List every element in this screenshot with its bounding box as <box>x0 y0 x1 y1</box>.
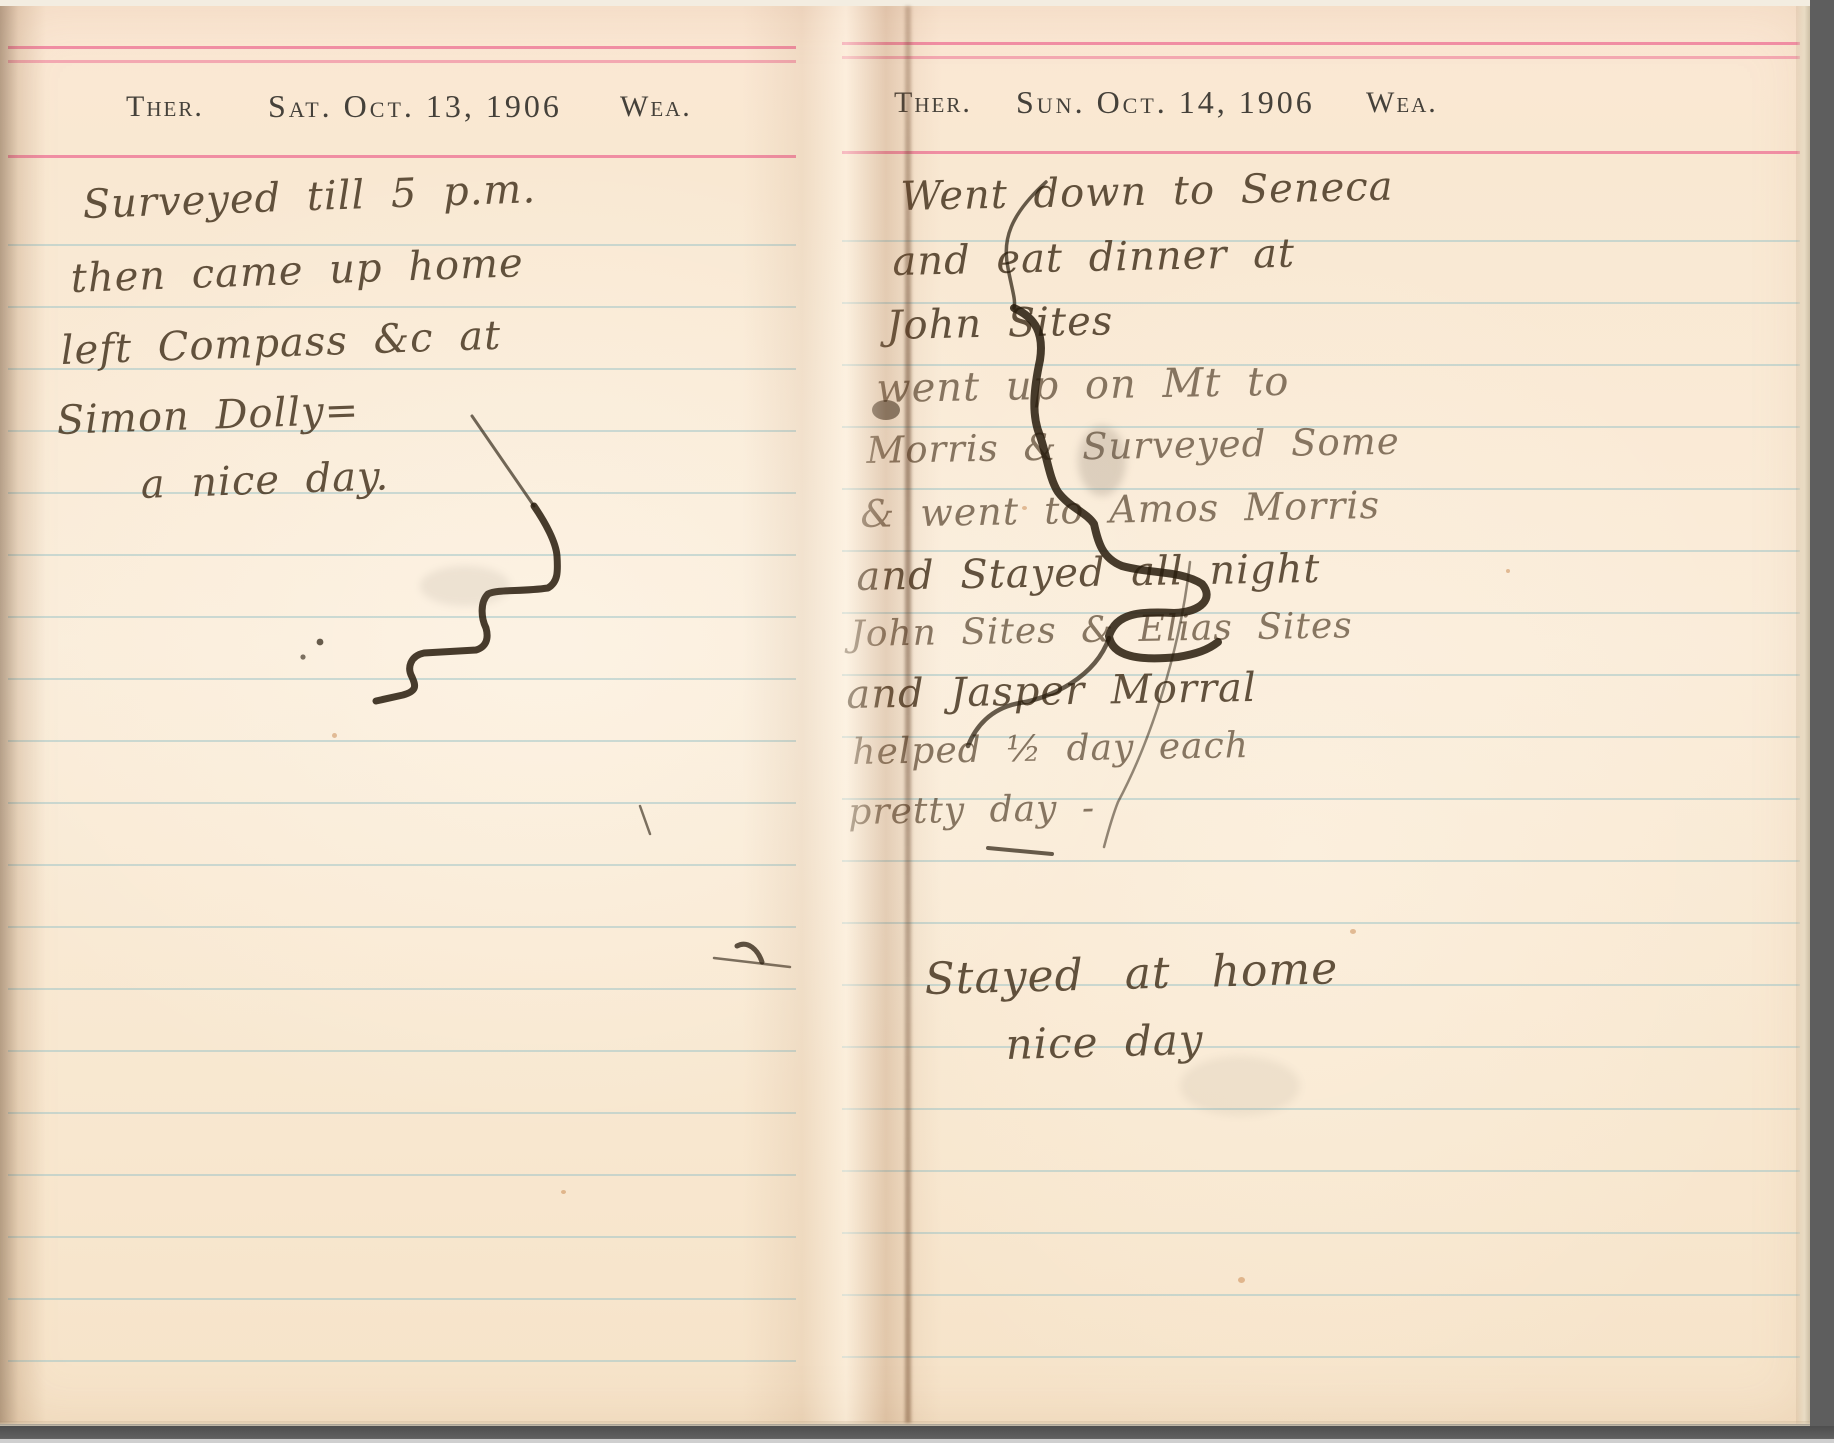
pink-rule <box>8 60 796 63</box>
paper-speck <box>1506 569 1510 573</box>
handwritten-line: Stayed at home <box>924 943 1339 1005</box>
ink-smudge <box>1078 426 1126 496</box>
left-wea-label: Wea. <box>620 90 692 124</box>
left-date-label: Sat. Oct. 13, 1906 <box>268 88 562 125</box>
pink-rule <box>8 155 796 158</box>
scanned-diary-page: Ther. Sat. Oct. 13, 1906 Wea. Ther. Sun.… <box>0 0 1834 1443</box>
handwritten-line: Went down to Seneca <box>900 164 1394 220</box>
pink-rule <box>842 56 1800 59</box>
pink-rule <box>842 42 1800 45</box>
handwritten-line: Surveyed till 5 p.m. <box>82 166 537 228</box>
right-wea-label: Wea. <box>1366 86 1438 120</box>
paper-speck <box>1350 929 1356 934</box>
left-page-fold-shadow <box>0 6 46 1424</box>
diary-spread: Ther. Sat. Oct. 13, 1906 Wea. Ther. Sun.… <box>0 6 1810 1424</box>
handwritten-line: a nice day. <box>140 453 390 508</box>
right-date-label: Sun. Oct. 14, 1906 <box>1016 84 1315 121</box>
left-ther-label: Ther. <box>126 90 204 124</box>
paper-speck <box>332 733 337 738</box>
bleedthrough-smudge <box>420 566 510 606</box>
scan-bottom-lip <box>0 1439 1834 1443</box>
paper-speck <box>1238 1277 1245 1283</box>
handwritten-line: and eat dinner at <box>892 231 1295 285</box>
spread-gutter <box>742 6 942 1424</box>
paper-speck <box>561 1190 566 1194</box>
gutter-crease <box>905 6 911 1424</box>
page-edge-right <box>1796 6 1810 1424</box>
bleedthrough-smudge <box>1180 1056 1300 1116</box>
pink-rule <box>842 151 1800 154</box>
scanner-bed-right <box>1810 0 1834 1443</box>
paper-speck <box>1022 506 1027 510</box>
handwritten-line: nice day <box>1005 1015 1204 1069</box>
pink-rule <box>8 46 796 49</box>
